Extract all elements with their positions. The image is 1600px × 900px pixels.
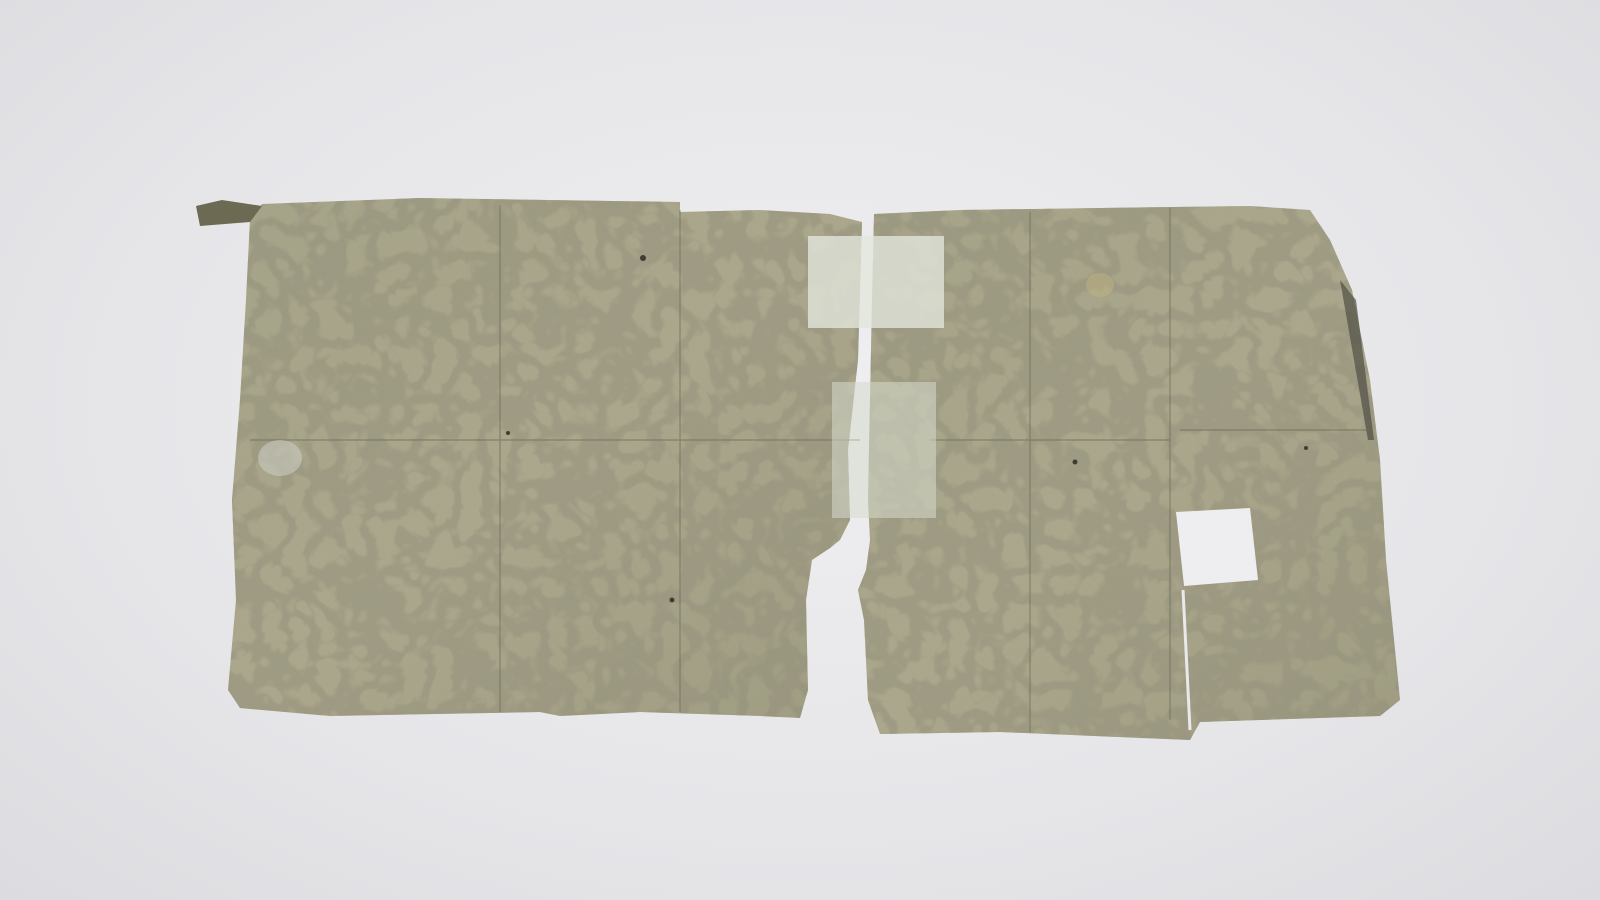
photo-scene — [0, 0, 1600, 900]
stain-light — [258, 440, 302, 476]
missing-hole — [1176, 508, 1258, 586]
paper-artifact — [0, 0, 1600, 900]
stain-yellow — [1086, 273, 1114, 297]
